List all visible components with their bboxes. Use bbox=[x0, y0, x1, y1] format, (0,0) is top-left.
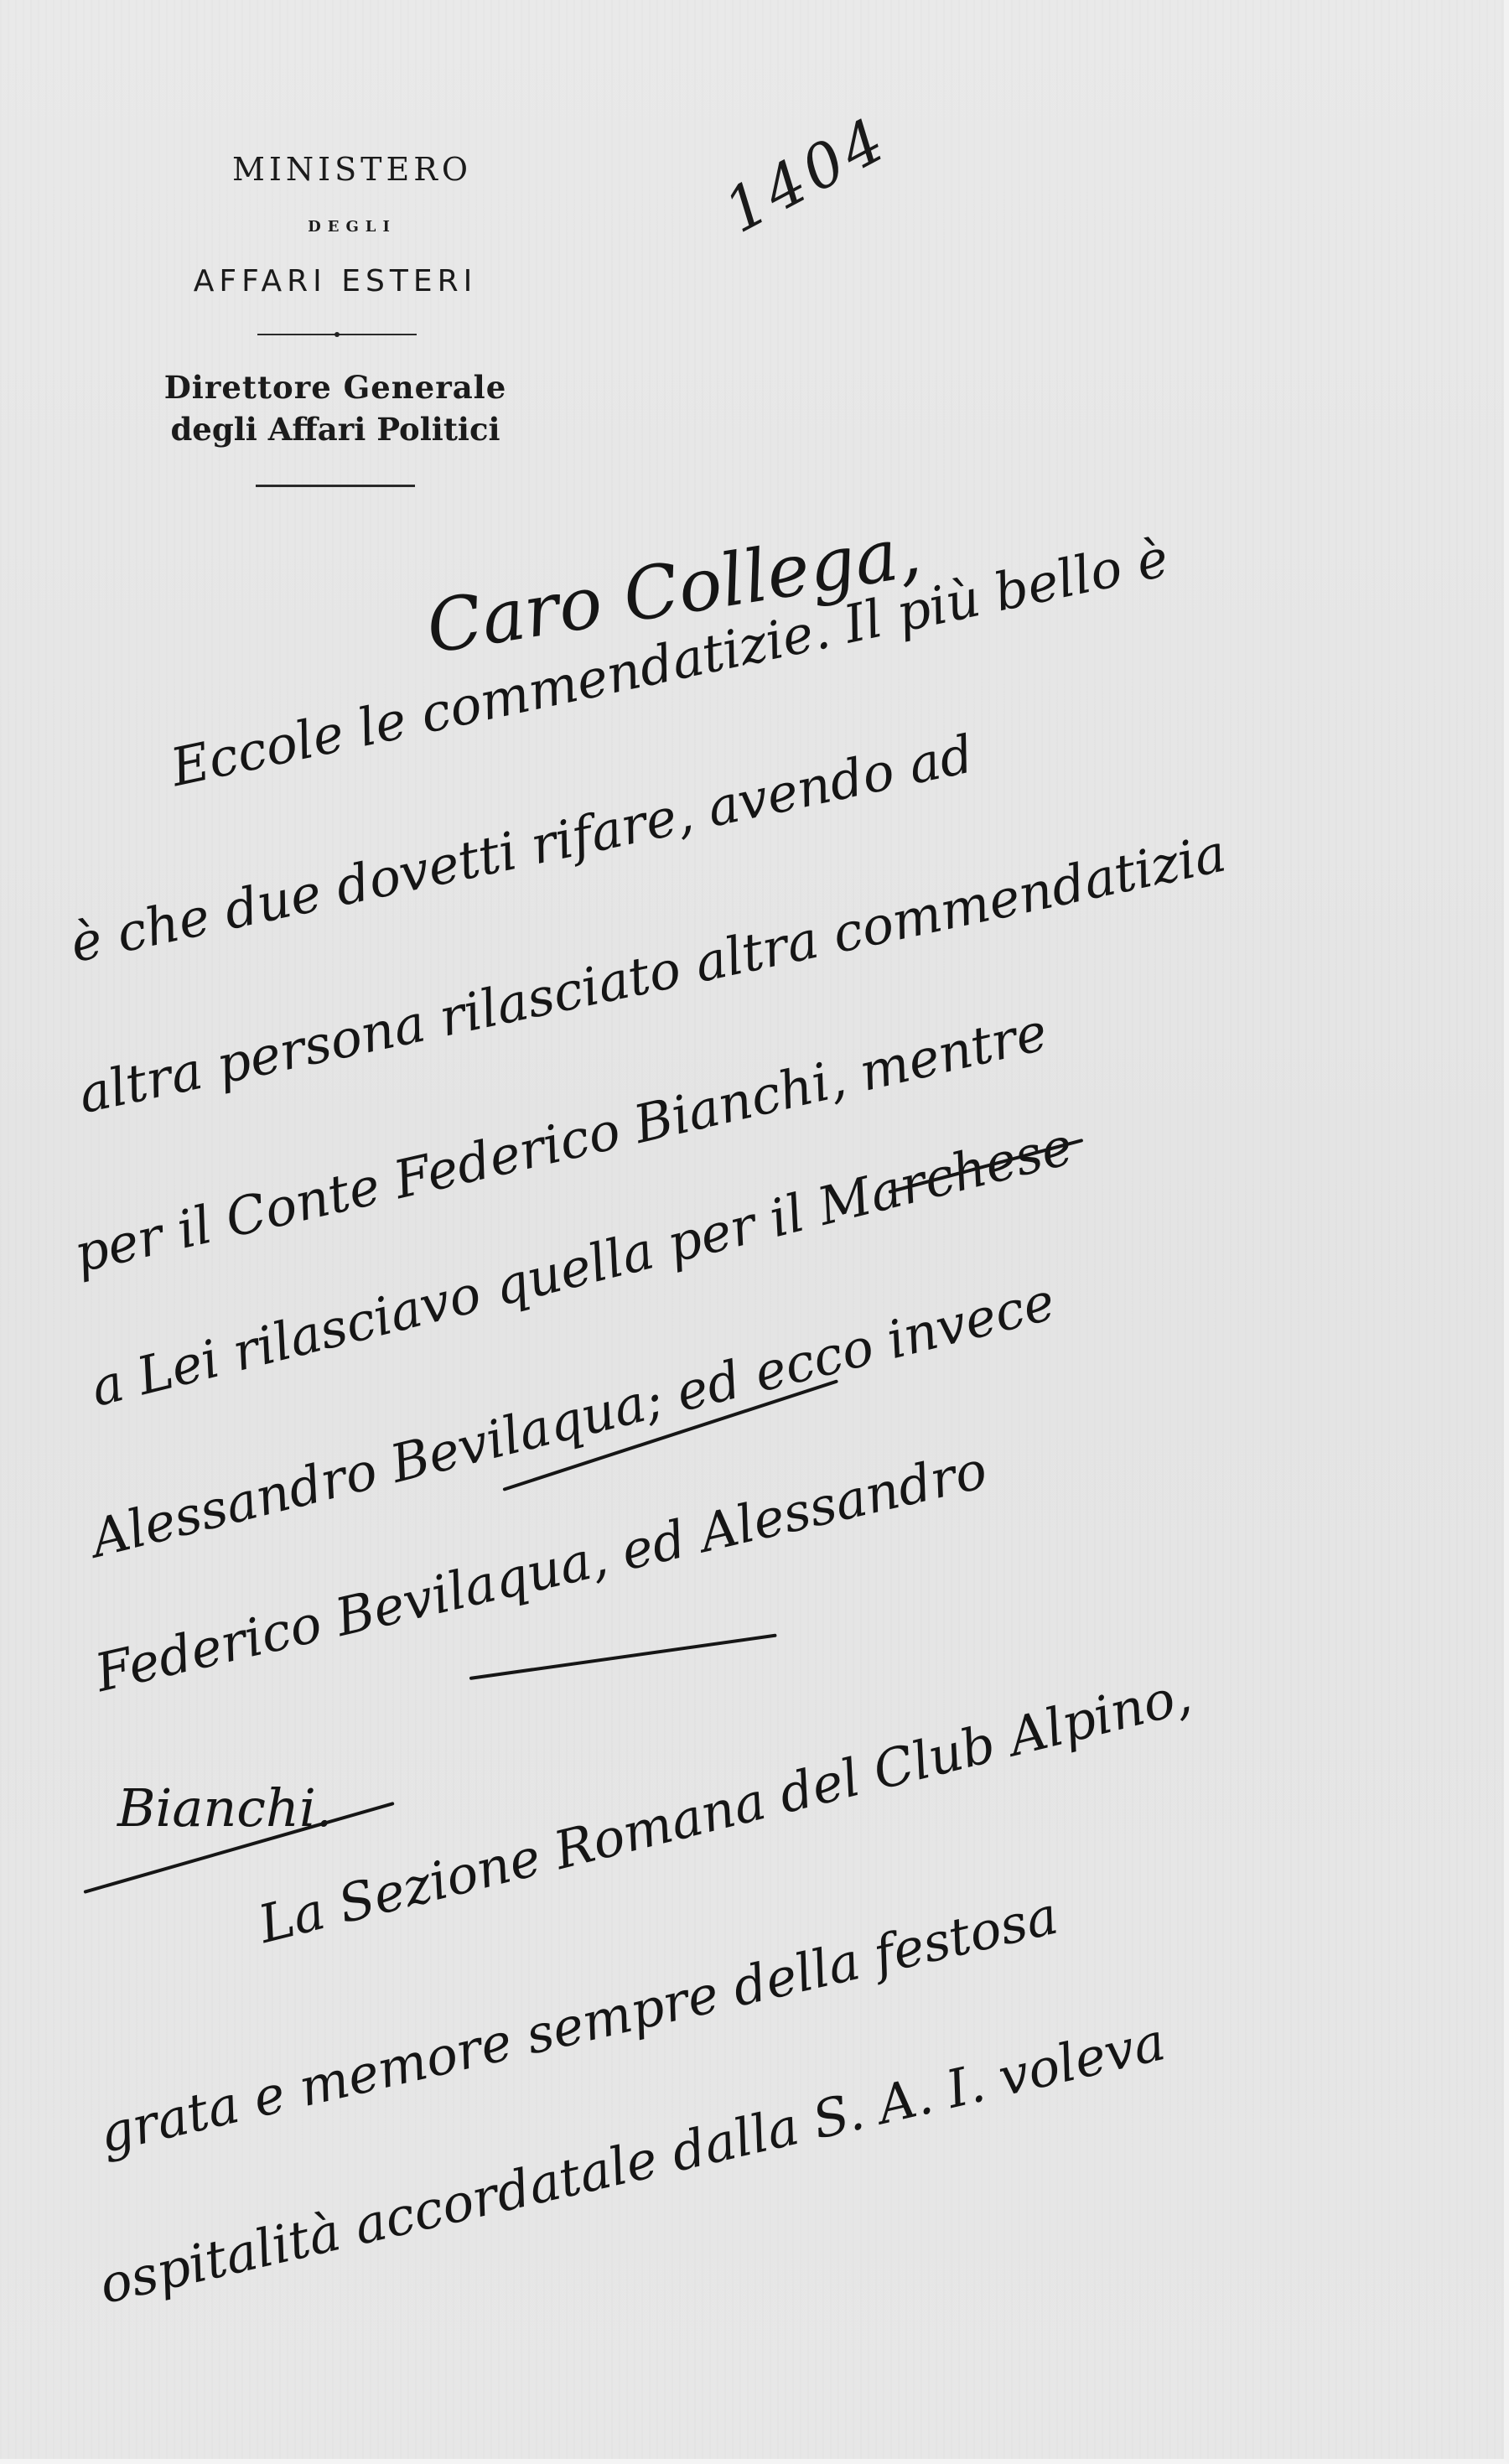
underline-stroke bbox=[469, 1634, 777, 1680]
letterhead-department: degli Affari Politici bbox=[101, 411, 570, 448]
letterhead-divider-bottom bbox=[256, 485, 415, 487]
letter-line: ospitalità accordatale dalla S. A. I. vo… bbox=[94, 2010, 1171, 2316]
letterhead-divider bbox=[257, 334, 417, 335]
letterhead-degli: DEGLI bbox=[134, 218, 570, 236]
letterhead-ministry: MINISTERO bbox=[134, 151, 570, 188]
letter-sheet: MINISTERO DEGLI AFFARI ESTERI Direttore … bbox=[0, 0, 1509, 2464]
letterhead-affari-esteri: AFFARI ESTERI bbox=[101, 264, 570, 298]
letter-line: altra persona rilasciato altra commendat… bbox=[73, 822, 1231, 1125]
letterhead: MINISTERO DEGLI AFFARI ESTERI Direttore … bbox=[101, 151, 570, 487]
letter-line: Alessandro Bevilaqua; ed ecco invece bbox=[85, 1270, 1060, 1569]
letterhead-director: Direttore Generale bbox=[101, 369, 570, 406]
archive-number: 1404 bbox=[713, 103, 900, 246]
